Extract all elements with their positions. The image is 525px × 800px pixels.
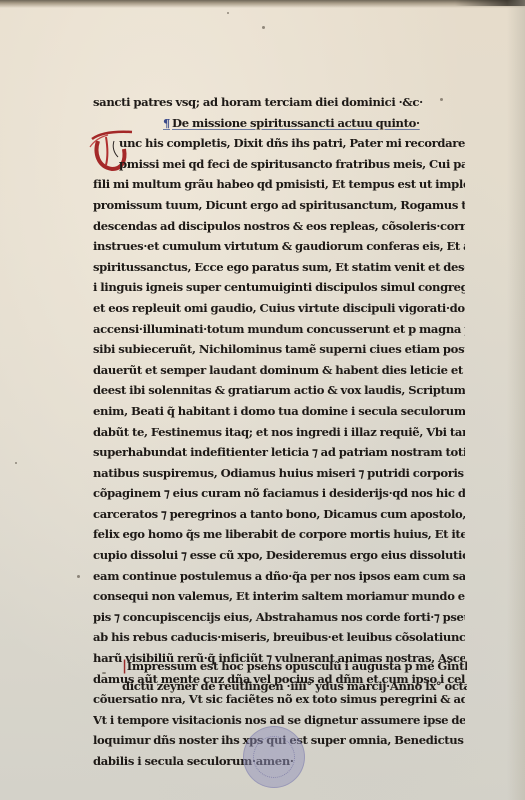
colophon-line: |Impressum est hoc psens opusculũ i augu… xyxy=(122,656,467,676)
paper-speck xyxy=(77,575,80,578)
text-line-opening: sancti patres vsq; ad horam terciam diei… xyxy=(93,92,465,113)
text-line: sibi subieceruñt, Nichilominus tamẽ supe… xyxy=(93,339,465,360)
text-line: descendas ad discipulos nostros & eos re… xyxy=(93,216,465,237)
text-line: natibus suspiremus, Odiamus huius miseri… xyxy=(93,463,465,484)
paper-speck xyxy=(227,12,229,14)
text-line: deest ibi solennitas & gratiarum actio &… xyxy=(93,380,465,401)
text-line: dabũt te, Festinemus itaq; et nos ingred… xyxy=(93,422,465,443)
text-line: cõpaginem ⁊ eius curam nõ faciamus i des… xyxy=(93,483,465,504)
text-line: unc his completis, Dixit dñs ihs patri, … xyxy=(93,133,465,154)
text-line: pmissi mei qd feci de spiritusancto frat… xyxy=(93,154,465,175)
colophon-text: Impressum est hoc psens opusculũ i augus… xyxy=(127,659,467,673)
pilcrow-icon: ¶ xyxy=(163,116,170,130)
text-line: fili mi multum grãu habeo qd pmisisti, E… xyxy=(93,174,465,195)
text-line: et eos repleuit omi gaudio, Cuius virtut… xyxy=(93,298,465,319)
text-line: promissum tuum, Dicunt ergo ad spiritusa… xyxy=(93,195,465,216)
text-line: dauerũt et semper laudant dominum & habe… xyxy=(93,360,465,381)
text-line: instrues·et cumulum virtutum & gaudiorum… xyxy=(93,236,465,257)
text-line: pis ⁊ concupiscencijs eius, Abstrahamus … xyxy=(93,607,465,628)
page-right-edge xyxy=(507,0,525,800)
page-top-edge xyxy=(0,0,525,8)
colophon: |Impressum est hoc psens opusculũ i augu… xyxy=(122,656,467,696)
text-line: spiritussanctus, Ecce ego paratus sum, E… xyxy=(93,257,465,278)
colophon-line: dictũ zeyner de reütlingen ·iiii° ydus m… xyxy=(122,676,467,696)
paper-speck xyxy=(15,462,17,464)
text-line: carceratos ⁊ peregrinos a tanto bono, Di… xyxy=(93,504,465,525)
text-line: felix ego homo q̃s me liberabit de corpo… xyxy=(93,524,465,545)
chapter-heading-text: De missione spiritussancti actuu quinto· xyxy=(172,116,420,130)
text-line: enim, Beati q̃ habitant i domo tua domin… xyxy=(93,401,465,422)
text-line: accensi·illuminati·totum mundum concusse… xyxy=(93,319,465,340)
chapter-heading: ¶De missione spiritussancti actuu quinto… xyxy=(93,113,465,134)
text-line: i linguis igneis super centumuiginti dis… xyxy=(93,277,465,298)
text-line: superhabundat indefitienter leticia ⁊ ad… xyxy=(93,442,465,463)
library-stamp-icon xyxy=(243,726,305,788)
manuscript-page: sancti patres vsq; ad horam terciam diei… xyxy=(0,0,525,800)
text-line: consequi non valemus, Et interim saltem … xyxy=(93,586,465,607)
text-line: ab his rebus caducis·miseris, breuibus·e… xyxy=(93,627,465,648)
text-line: cupio dissolui ⁊ esse cũ xpo, Desideremu… xyxy=(93,545,465,566)
stamp-emblem xyxy=(253,736,295,778)
paper-speck xyxy=(262,26,265,29)
text-line: eam continue postulemus a dño·q̃a per no… xyxy=(93,566,465,587)
